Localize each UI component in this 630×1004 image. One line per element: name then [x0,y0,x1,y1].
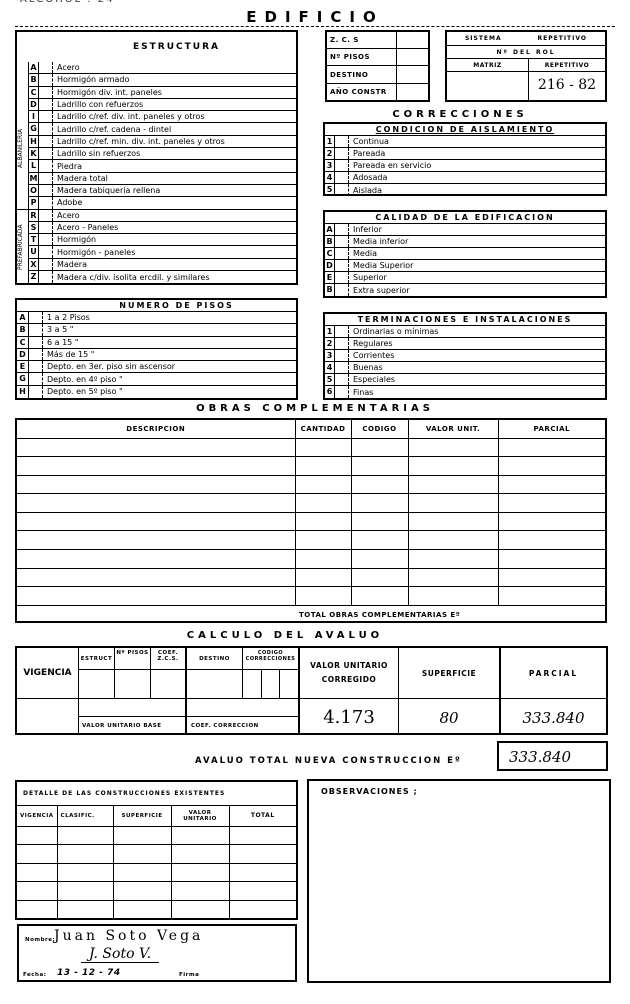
existentes-cell[interactable] [229,900,296,919]
obras-row [17,457,605,476]
existentes-cell[interactable] [171,845,229,864]
obras-row [17,568,605,587]
calidad-row[interactable]: CMedia [325,248,605,260]
terminaciones-code: 5 [325,374,335,385]
aislamiento-checkbox[interactable] [335,184,349,196]
existentes-cell[interactable] [171,826,229,845]
obras-row [17,587,605,606]
superficie-value[interactable]: 80 [399,699,501,735]
estructura-label: Ladrillo c/ref. div. int. paneles y otro… [53,112,205,121]
estructura-checkbox[interactable] [39,173,53,184]
estructura-checkbox[interactable] [39,148,53,159]
estructura-checkbox[interactable] [39,111,53,122]
obras-cell[interactable] [295,531,351,550]
estructura-label: Hormigón - paneles [53,248,135,257]
existentes-cell[interactable] [57,882,113,901]
valor-corregido-value[interactable]: 4.173 [300,699,399,735]
calidad-checkbox[interactable] [335,236,349,247]
calidad-checkbox[interactable] [335,284,349,296]
ex-col-clasific: CLASIFIC. [57,806,113,826]
destino-value[interactable] [187,670,243,699]
obras-cell[interactable] [17,531,295,550]
estructura-row[interactable]: AAcero [29,62,296,74]
estructura-checkbox[interactable] [39,99,53,110]
terminaciones-code: 3 [325,350,335,361]
estructura-list: AAceroBHormigón armadoCHormigón div. int… [29,62,296,283]
existentes-title: DETALLE DE LAS CONSTRUCCIONES EXISTENTES [17,782,296,806]
estructura-row[interactable]: MMadera total [29,173,296,185]
obras-cell[interactable] [498,438,605,457]
rol-values: MATRIZ REPETITIVO 216 - 82 [447,59,605,100]
estructura-code: H [29,136,39,147]
terminaciones-row[interactable]: 6Finas [325,386,605,398]
estructura-code: R [29,210,39,221]
coef-correccion-label: COEF. CORRECCION [187,717,298,735]
numero-pisos-label: Depto. en 3er. piso sin ascensor [43,362,175,371]
calidad-label: Media [349,249,377,258]
obras-cell[interactable] [408,494,498,513]
calidad-label: Inferior [349,225,382,234]
obras-cell[interactable] [295,550,351,569]
terminaciones-row[interactable]: 3Corrientes [325,350,605,362]
numero-pisos-label: 6 a 15 " [43,338,78,347]
avaluo-total-value[interactable]: 333.840 [497,741,608,771]
obras-cell[interactable] [408,531,498,550]
existentes-cell[interactable] [229,882,296,901]
estructura-row[interactable]: DLadrillo con refuerzos [29,99,296,111]
calidad-title: CALIDAD DE LA EDIFICACION [325,212,605,224]
estructura-checkbox[interactable] [39,271,53,283]
repetitivo-label: REPETITIVO [529,59,605,72]
existentes-cell[interactable] [57,826,113,845]
obras-cell[interactable] [408,475,498,494]
firma-section: Nombre: Juan Soto Vega J. Soto V. Fecha:… [17,924,297,982]
firma-value[interactable]: J. Soto V. [81,946,159,963]
obras-row [17,475,605,494]
pisos-value[interactable] [115,670,151,699]
terminaciones-label: Finas [349,388,373,397]
aislamiento-section: CONDICION DE AISLAMIENTO 1Continua2Parea… [323,122,607,196]
obras-table: DESCRIPCION CANTIDAD CODIGO VALOR UNIT. … [15,418,607,623]
obras-cell[interactable] [17,438,295,457]
pisos-label: Nº PISOS [115,648,151,670]
terminaciones-checkbox[interactable] [335,374,349,385]
estructura-checkbox[interactable] [39,197,53,208]
existentes-row [17,882,296,901]
estructura-row[interactable]: THormigón [29,234,296,246]
estructura-row[interactable]: XMadera [29,259,296,271]
numero-pisos-checkbox[interactable] [29,361,43,372]
numero-pisos-label: Depto. en 4º piso " [43,375,123,384]
vigencia-value[interactable] [17,699,79,735]
calidad-code: C [325,248,335,259]
numero-pisos-code: B [17,324,29,335]
col-codigo: CODIGO [351,420,408,438]
obras-cell[interactable] [351,475,408,494]
estructura-label: Ladrillo c/ref. cadena - dintel [53,125,171,134]
calidad-checkbox[interactable] [335,224,349,235]
existentes-cell[interactable] [113,863,171,882]
aislamiento-checkbox[interactable] [335,172,349,183]
terminaciones-code: 2 [325,338,335,349]
zcs-label: Z. C. S [327,32,396,49]
estructura-code: K [29,148,39,159]
existentes-cell[interactable] [57,900,113,919]
correcciones-title: CORRECCIONES [330,109,590,120]
obras-cell[interactable] [295,587,351,606]
numero-pisos-row[interactable]: GDepto. en 4º piso " [17,373,296,385]
parcial-label: PARCIAL [501,648,606,699]
terminaciones-label: Corrientes [349,351,394,360]
numero-pisos-code: E [17,361,29,372]
numero-pisos-row[interactable]: HDepto. en 5º piso " [17,386,296,398]
observaciones-section: OBSERVACIONES ; [307,779,611,983]
estructura-row[interactable]: BHormigón armado [29,74,296,86]
destino-value[interactable] [396,66,428,83]
numero-pisos-checkbox[interactable] [29,349,43,360]
obras-cell[interactable] [498,550,605,569]
terminaciones-row[interactable]: 5Especiales [325,374,605,386]
estructura-label: Ladrillo con refuerzos [53,100,143,109]
aislamiento-code: 3 [325,160,335,171]
calculo-title: CALCULO DEL AVALUO [150,630,420,641]
obras-cell[interactable] [17,587,295,606]
estructura-label: Acero [53,63,80,72]
obras-cell[interactable] [498,494,605,513]
calidad-row[interactable]: DMedia Superior [325,260,605,272]
obras-total-label: TOTAL OBRAS COMPLEMENTARIAS Eº [17,605,605,623]
estructura-label: Ladrillo c/ref. min. div. int. paneles y… [53,137,225,146]
rol-label: Nº DEL ROL [447,46,605,59]
estructura-checkbox[interactable] [39,210,53,221]
obras-cell[interactable] [498,457,605,476]
estructura-label: Piedra [53,162,82,171]
terminaciones-code: 4 [325,362,335,373]
ano-value[interactable] [396,83,428,100]
aislamiento-row[interactable]: 5Aislada [325,184,605,196]
correccion-1-value[interactable] [243,670,262,699]
parcial-value[interactable]: 333.840 [501,699,606,735]
estructura-row[interactable]: HLadrillo c/ref. min. div. int. paneles … [29,136,296,148]
estructura-row[interactable]: LPiedra [29,160,296,172]
calidad-checkbox[interactable] [335,272,349,283]
existentes-cell[interactable] [229,845,296,864]
ex-col-superficie: SUPERFICIE [113,806,171,826]
obras-row [17,512,605,531]
estructura-code: M [29,173,39,184]
destino-label: DESTINO [187,648,243,670]
aislamiento-code: 5 [325,184,335,196]
nombre-label: Nombre: [25,937,55,943]
obras-cell[interactable] [351,494,408,513]
valor-base-value[interactable] [79,699,187,717]
estructura-code: L [29,160,39,171]
existentes-cell[interactable] [113,845,171,864]
repetitivo-value[interactable]: 216 - 82 [529,72,605,98]
coef-zcs-label: COEF. Z.C.S. [151,648,187,670]
obras-cell[interactable] [351,457,408,476]
obras-cell[interactable] [295,457,351,476]
superficie-label: SUPERFICIE [399,648,501,699]
aislamiento-checkbox[interactable] [335,160,349,171]
numero-pisos-checkbox[interactable] [29,386,43,398]
calidad-row[interactable]: BExtra superior [325,284,605,296]
terminaciones-row[interactable]: 1Ordinarias o mínimas [325,326,605,338]
existentes-cell[interactable] [57,845,113,864]
existentes-cell[interactable] [57,863,113,882]
estructura-code: A [29,62,39,73]
valor-base-label: VALOR UNITARIO BASE [79,717,187,735]
obras-cell[interactable] [351,587,408,606]
terminaciones-label: Buenas [349,363,383,372]
destino-label: DESTINO [327,66,396,83]
obras-cell[interactable] [17,475,295,494]
correccion-2-value[interactable] [262,670,280,699]
obras-cell[interactable] [351,550,408,569]
existentes-cell[interactable] [17,882,57,901]
numero-pisos-row[interactable]: B3 a 5 " [17,324,296,336]
estructura-checkbox[interactable] [39,74,53,85]
terminaciones-label: Especiales [349,375,395,384]
pisos-label: Nº PISOS [327,49,396,66]
rol-box: SISTEMA REPETITIVO Nº DEL ROL MATRIZ REP… [445,30,607,102]
estructura-label: Hormigón [53,235,96,244]
existentes-row [17,863,296,882]
estructura-row[interactable]: ZMadera c/div. isolita ercdil. y similar… [29,271,296,283]
obras-cell[interactable] [498,475,605,494]
obras-cell[interactable] [17,494,295,513]
obras-cell[interactable] [295,475,351,494]
existentes-cell[interactable] [113,900,171,919]
estructura-label: Hormigón div. int. paneles [53,88,162,97]
estructura-row[interactable]: ILadrillo c/ref. div. int. paneles y otr… [29,111,296,123]
zcs-value[interactable] [396,32,428,49]
repetitivo-column: REPETITIVO 216 - 82 [529,59,605,100]
nombre-value[interactable]: Juan Soto Vega [54,928,203,944]
terminaciones-title: TERMINACIONES E INSTALACIONES [325,314,605,326]
obras-cell[interactable] [351,512,408,531]
numero-pisos-code: H [17,386,29,398]
estructura-row[interactable]: UHormigón - paneles [29,246,296,258]
calidad-row[interactable]: AInferior [325,224,605,236]
estructura-checkbox[interactable] [39,185,53,196]
terminaciones-checkbox[interactable] [335,350,349,361]
calidad-row[interactable]: ESuperior [325,272,605,284]
coef-zcs-value[interactable] [151,670,187,699]
col-cantidad: CANTIDAD [295,420,351,438]
obras-cell[interactable] [408,438,498,457]
calidad-section: CALIDAD DE LA EDIFICACION AInferiorBMedi… [323,210,607,298]
aislamiento-row[interactable]: 3Pareada en servicio [325,160,605,172]
terminaciones-row[interactable]: 4Buenas [325,362,605,374]
numero-pisos-label: 3 a 5 " [43,325,73,334]
aislamiento-title: CONDICION DE AISLAMIENTO [325,124,605,136]
header-fragment: ALCOHOL . 24 [20,0,115,5]
existentes-cell[interactable] [229,863,296,882]
estructura-checkbox[interactable] [39,234,53,245]
estructura-checkbox[interactable] [39,123,53,134]
obras-cell[interactable] [17,568,295,587]
correccion-3-value[interactable] [280,670,298,699]
numero-pisos-checkbox[interactable] [29,312,43,323]
estructura-checkbox[interactable] [39,136,53,147]
obras-row [17,438,605,457]
obras-cell[interactable] [498,568,605,587]
calidad-code: E [325,272,335,283]
numero-pisos-row[interactable]: EDepto. en 3er. piso sin ascensor [17,361,296,373]
numero-pisos-label: Más de 15 " [43,350,94,359]
numero-pisos-row[interactable]: C6 a 15 " [17,337,296,349]
aislamiento-row[interactable]: 4Adosada [325,172,605,184]
obras-cell[interactable] [351,438,408,457]
existentes-cell[interactable] [171,882,229,901]
aislamiento-row[interactable]: 2Pareada [325,148,605,160]
estructura-code: C [29,87,39,98]
existentes-cell[interactable] [17,863,57,882]
obras-cell[interactable] [17,550,295,569]
ano-label: AÑO CONSTR [327,83,396,100]
observaciones-label: OBSERVACIONES ; [309,781,609,802]
existentes-cell[interactable] [17,900,57,919]
obras-cell[interactable] [351,568,408,587]
numero-pisos-checkbox[interactable] [29,373,43,384]
obras-cell[interactable] [408,512,498,531]
estructura-checkbox[interactable] [39,222,53,233]
obras-total-row: TOTAL OBRAS COMPLEMENTARIAS Eº [17,605,605,623]
estructura-checkbox[interactable] [39,259,53,270]
terminaciones-checkbox[interactable] [335,386,349,398]
estructura-checkbox[interactable] [39,62,53,73]
existentes-cell[interactable] [17,826,57,845]
info-row-ano: AÑO CONSTR [327,83,428,100]
numero-pisos-row[interactable]: A1 a 2 Pisos [17,312,296,324]
terminaciones-checkbox[interactable] [335,338,349,349]
sistema-value: REPETITIVO [538,32,588,45]
estructura-side-prefabricada: PREFABRICADA [17,209,29,285]
estructura-row[interactable]: GLadrillo c/ref. cadena - dintel [29,123,296,135]
obras-cell[interactable] [17,512,295,531]
existentes-row [17,900,296,919]
obras-title: OBRAS COMPLEMENTARIAS [150,403,480,414]
estructura-code: X [29,259,39,270]
existentes-cell[interactable] [113,826,171,845]
existentes-row [17,826,296,845]
estructura-checkbox[interactable] [39,87,53,98]
numero-pisos-section: NUMERO DE PISOS A1 a 2 PisosB3 a 5 "C6 a… [15,298,298,400]
aislamiento-row[interactable]: 1Continua [325,136,605,148]
existentes-cell[interactable] [17,845,57,864]
coef-correccion-value[interactable] [187,699,298,717]
existentes-cell[interactable] [113,882,171,901]
calidad-code: B [325,284,335,296]
page-title: EDIFICIO [190,8,440,26]
sistema-row: SISTEMA REPETITIVO [447,32,605,46]
numero-pisos-checkbox[interactable] [29,324,43,335]
ex-col-total: TOTAL [229,806,296,826]
estructura-row[interactable]: KLadrillo sin refuerzos [29,148,296,160]
estructura-row[interactable]: RAcero [29,210,296,222]
estructura-checkbox[interactable] [39,160,53,171]
estructura-row[interactable]: SAcero - Paneles [29,222,296,234]
estructura-section: ESTRUCTURA ALBAÑILERIA PREFABRICADA AAce… [15,30,298,285]
fecha-label: Fecha: [23,972,46,978]
existentes-cell[interactable] [171,863,229,882]
obras-cell[interactable] [498,531,605,550]
pisos-value[interactable] [396,49,428,66]
numero-pisos-code: G [17,373,29,384]
numero-pisos-checkbox[interactable] [29,337,43,348]
aislamiento-label: Pareada [349,149,385,158]
aislamiento-checkbox[interactable] [335,136,349,147]
aislamiento-code: 1 [325,136,335,147]
terminaciones-row[interactable]: 2Regulares [325,338,605,350]
numero-pisos-code: C [17,337,29,348]
obras-row [17,494,605,513]
numero-pisos-label: 1 a 2 Pisos [43,313,90,322]
existentes-section: DETALLE DE LAS CONSTRUCCIONES EXISTENTES… [15,780,298,920]
numero-pisos-row[interactable]: DMás de 15 " [17,349,296,361]
obras-row [17,531,605,550]
obras-cell[interactable] [408,457,498,476]
calidad-code: B [325,236,335,247]
matriz-label: MATRIZ [447,59,528,72]
aislamiento-checkbox[interactable] [335,148,349,159]
terminaciones-label: Ordinarias o mínimas [349,327,438,336]
obras-cell[interactable] [351,531,408,550]
existentes-row [17,845,296,864]
calidad-label: Superior [349,273,387,282]
estruct-label: ESTRUCT [79,648,115,670]
obras-cell[interactable] [498,587,605,606]
obras-cell[interactable] [408,587,498,606]
obras-cell[interactable] [408,568,498,587]
calidad-row[interactable]: BMedia inferior [325,236,605,248]
estructura-label: Madera [53,260,87,269]
calidad-checkbox[interactable] [335,248,349,259]
existentes-cell[interactable] [171,900,229,919]
side-label-prefabricada: PREFABRICADA [17,210,24,285]
estructura-checkbox[interactable] [39,246,53,257]
obras-cell[interactable] [295,494,351,513]
estructura-code: P [29,197,39,208]
obras-cell[interactable] [498,512,605,531]
calidad-label: Media inferior [349,237,408,246]
calidad-checkbox[interactable] [335,260,349,271]
estruct-value[interactable] [79,670,115,699]
estructura-code: O [29,185,39,196]
obras-cell[interactable] [295,512,351,531]
terminaciones-checkbox[interactable] [335,326,349,337]
estructura-code: S [29,222,39,233]
avaluo-total-label: AVALUO TOTAL NUEVA CONSTRUCCION Eº [195,756,462,766]
existentes-cell[interactable] [229,826,296,845]
obras-cell[interactable] [408,550,498,569]
estructura-label: Hormigón armado [53,75,129,84]
obras-cell[interactable] [17,457,295,476]
obras-cell[interactable] [295,568,351,587]
obras-cell[interactable] [295,438,351,457]
estructura-label: Madera total [53,174,108,183]
estructura-row[interactable]: CHormigón div. int. paneles [29,87,296,99]
fecha-value[interactable]: 13 - 12 - 74 [57,968,121,978]
estructura-code: T [29,234,39,245]
observaciones-input[interactable] [313,803,605,977]
numero-pisos-code: D [17,349,29,360]
estructura-row[interactable]: PAdobe [29,197,296,209]
estructura-row[interactable]: OMadera tabiquería rellena [29,185,296,197]
matriz-column: MATRIZ [447,59,529,100]
terminaciones-checkbox[interactable] [335,362,349,373]
